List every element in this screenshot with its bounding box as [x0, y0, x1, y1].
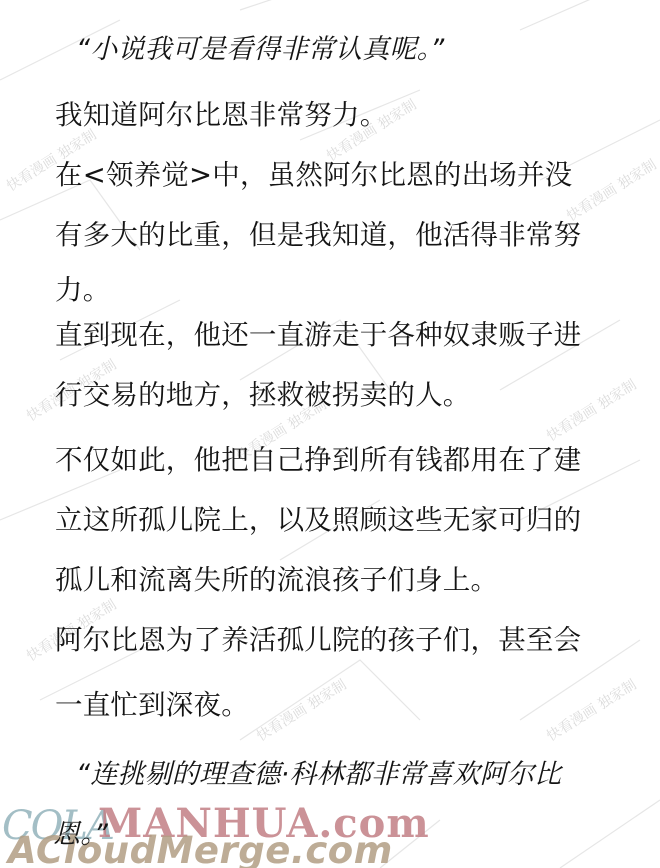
- quote-line-14: 恩。”: [53, 817, 108, 853]
- text-line-12: 一直忙到深夜。: [55, 687, 249, 723]
- text-line-7: 行交易的地方，拯救被拐卖的人。: [55, 377, 471, 413]
- text-line-6: 直到现在，他还一直游走于各种奴隶贩子进: [55, 317, 581, 353]
- text-line-9: 立这所孤儿院上，以及照顾这些无家可归的: [55, 502, 581, 538]
- quote-line-13: “连挑剔的理查德·科林都非常喜欢阿尔比: [76, 757, 561, 793]
- text-line-3: 在<领养觉>中，虽然阿尔比恩的出场并没: [55, 157, 572, 193]
- faint-watermark: 快看漫画 独家制: [542, 374, 639, 445]
- faint-watermark: 快看漫画 独家制: [252, 674, 349, 745]
- text-line-8: 不仅如此，他把自己挣到所有钱都用在了建: [55, 442, 581, 478]
- quote-line-1: “小说我可是看得非常认真呢。”: [76, 32, 444, 68]
- faint-watermark: 快看漫画 独家制: [562, 154, 659, 225]
- text-line-10: 孤儿和流离失所的流浪孩子们身上。: [55, 562, 498, 598]
- text-line-11: 阿尔比恩为了养活孤儿院的孩子们，甚至会: [55, 622, 581, 658]
- text-line-2: 我知道阿尔比恩非常努力。: [55, 97, 387, 133]
- faint-watermark: 快看漫画 独家制: [542, 674, 639, 745]
- text-line-5: 力。: [55, 272, 110, 308]
- text-line-4: 有多大的比重，但是我知道，他活得非常努: [55, 217, 581, 253]
